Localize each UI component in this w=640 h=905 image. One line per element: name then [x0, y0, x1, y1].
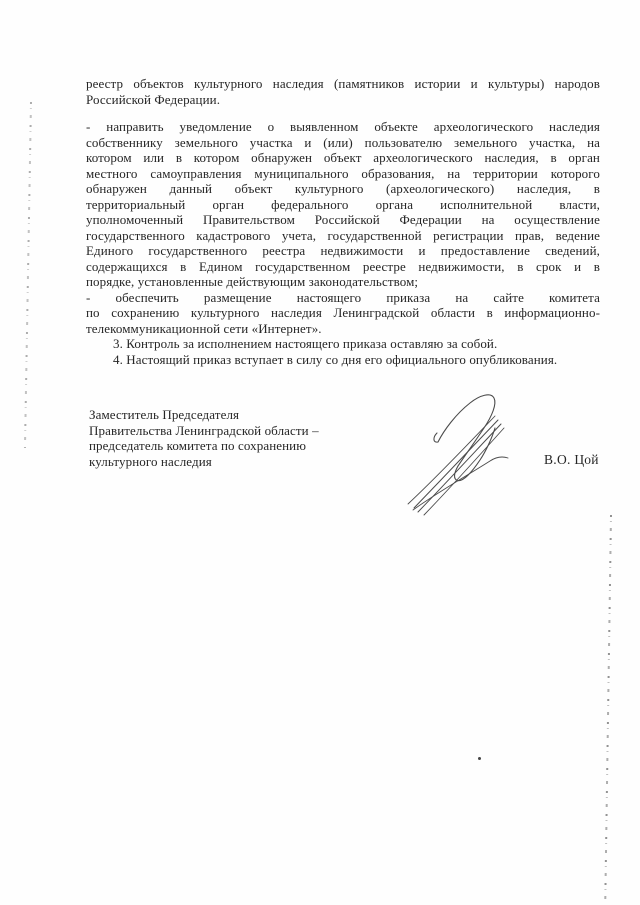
signature-block: Заместитель ПредседателяПравительства Ле… — [89, 407, 389, 469]
text-line: котором или в котором обнаружен объект а… — [86, 150, 600, 166]
text-line: уполномоченный Правительством Российской… — [86, 212, 600, 228]
handwritten-signature-icon — [398, 386, 528, 534]
text-line: Российской Федерации. — [86, 92, 600, 108]
text-line: государственного кадастрового учета, гос… — [86, 228, 600, 244]
text-line: - направить уведомление о выявленном объ… — [86, 119, 600, 135]
text-line: по сохранению культурного наследия Ленин… — [86, 305, 600, 321]
paragraph: 3. Контроль за исполнением настоящего пр… — [86, 336, 600, 352]
paragraph: - направить уведомление о выявленном объ… — [86, 119, 600, 290]
signature-title-line: председатель комитета по сохранению — [89, 438, 389, 454]
paragraph: - обеспечить размещение настоящего прика… — [86, 290, 600, 337]
scanned-document-page: реестр объектов культурного наследия (па… — [0, 0, 640, 905]
text-line: территориальный орган федерального орган… — [86, 197, 600, 213]
text-line: собственнику земельного участка и (или) … — [86, 135, 600, 151]
scan-artifact-dotted-line-right — [604, 515, 611, 903]
text-line: - обеспечить размещение настоящего прика… — [86, 290, 600, 306]
document-body: реестр объектов культурного наследия (па… — [86, 76, 600, 367]
paragraph: 4. Настоящий приказ вступает в силу со д… — [86, 352, 600, 368]
signature-title-line: Заместитель Председателя — [89, 407, 389, 423]
signature-title-lines: Заместитель ПредседателяПравительства Ле… — [89, 407, 389, 469]
text-line: реестр объектов культурного наследия (па… — [86, 76, 600, 92]
signer-name: В.О. Цой — [544, 452, 599, 468]
signature-title-line: культурного наследия — [89, 454, 389, 470]
text-line: 3. Контроль за исполнением настоящего пр… — [86, 336, 600, 352]
scan-artifact-dotted-line-left — [24, 102, 32, 448]
text-line: порядке, установленные действующим закон… — [86, 274, 600, 290]
paragraph: реестр объектов культурного наследия (па… — [86, 76, 600, 107]
text-line: местного самоуправления муниципального о… — [86, 166, 600, 182]
signature-title-line: Правительства Ленинградской области – — [89, 423, 389, 439]
scan-artifact-speck — [478, 757, 481, 760]
text-line: Единого государственного реестра недвижи… — [86, 243, 600, 259]
text-line: содержащихся в Едином государственном ре… — [86, 259, 600, 275]
text-line: 4. Настоящий приказ вступает в силу со д… — [86, 352, 600, 368]
text-line: обнаружен данный объект культурного (арх… — [86, 181, 600, 197]
text-line: телекоммуникационной сети «Интернет». — [86, 321, 600, 337]
